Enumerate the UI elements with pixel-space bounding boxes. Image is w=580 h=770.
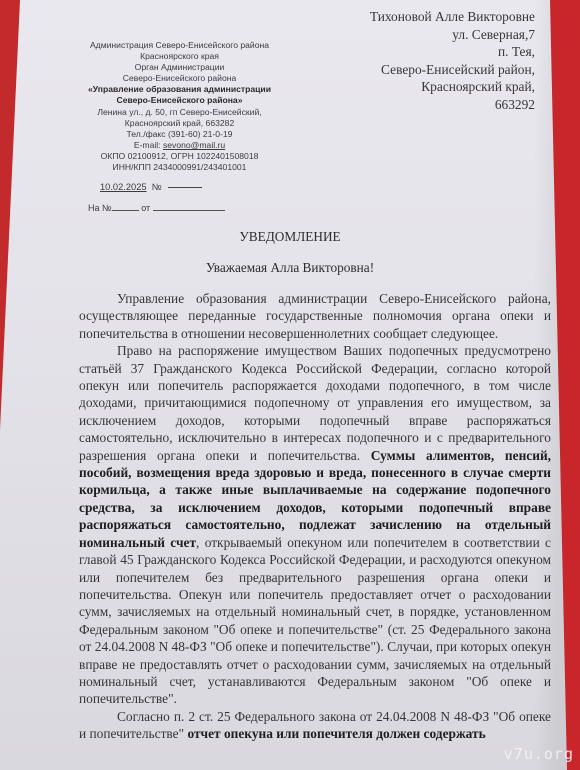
- watermark: v7u.org: [504, 745, 574, 763]
- greeting: Уважаемая Алла Викторовна!: [0, 260, 580, 276]
- sender-inn: ИНН/КПП 2434000991/243401001: [82, 162, 277, 173]
- na-blank: [112, 210, 139, 211]
- recipient-settlement: п. Тея,: [305, 43, 535, 61]
- recipient-region: Красноярский край,: [305, 78, 535, 96]
- date-line: 10.02.2025 №: [82, 182, 277, 193]
- document-body: Управление образования администрации Сев…: [79, 290, 551, 743]
- na-label: На №: [88, 203, 112, 213]
- paragraph-1: Управление образования администрации Сев…: [79, 290, 551, 342]
- recipient-district: Северо-Енисейский район,: [305, 61, 535, 79]
- sender-org-name: Северо-Енисейского района»: [82, 95, 277, 106]
- paragraph-3-bold: отчет опекуна или попечителя должен соде…: [187, 726, 485, 741]
- paragraph-2-text: Право на распоряжение имуществом Ваших п…: [79, 343, 551, 462]
- recipient-street: ул. Северная,7: [305, 26, 535, 44]
- sender-phone: Тел./факс (391-60) 21-0-19: [82, 129, 277, 140]
- sender-email-line: E-mail: sevono@mail.ru: [82, 140, 277, 151]
- ot-label: от: [141, 203, 150, 213]
- recipient-name: Тихоновой Алле Викторовне: [305, 8, 535, 26]
- document-date: 10.02.2025: [100, 182, 147, 192]
- recipient-postcode: 663292: [305, 96, 535, 114]
- number-label: №: [152, 182, 162, 192]
- sender-line: Красноярского края: [82, 51, 277, 62]
- sender-okpo: ОКПО 02100912, ОГРН 1022401508018: [82, 151, 277, 162]
- paragraph-2-text-end: , открываемый опекуном или попечителем в…: [79, 535, 551, 707]
- paragraph-2: Право на распоряжение имуществом Ваших п…: [79, 342, 551, 708]
- sender-org-name: «Управление образования администрации: [82, 84, 277, 95]
- sender-line: Орган Администрации: [82, 62, 277, 73]
- number-blank: [168, 187, 202, 188]
- sender-address: Ленина ул., д. 50, гп Северо-Енисейский,: [82, 107, 277, 118]
- sender-line: Администрация Северо-Енисейского района: [82, 40, 277, 51]
- sender-address: Красноярский край, 663282: [82, 118, 277, 129]
- paragraph-3: Согласно п. 2 ст. 25 Федерального закона…: [79, 708, 551, 743]
- ot-blank: [153, 210, 225, 211]
- sender-letterhead: Администрация Северо-Енисейского района …: [82, 40, 277, 193]
- recipient-address: Тихоновой Алле Викторовне ул. Северная,7…: [305, 5, 535, 114]
- document-title: УВЕДОМЛЕНИЕ: [0, 229, 580, 245]
- reference-line: На № от: [88, 203, 225, 213]
- email-link[interactable]: sevono@mail.ru: [163, 140, 225, 150]
- sender-line: Северо-Енисейского района: [82, 73, 277, 84]
- email-label: E-mail:: [134, 140, 163, 150]
